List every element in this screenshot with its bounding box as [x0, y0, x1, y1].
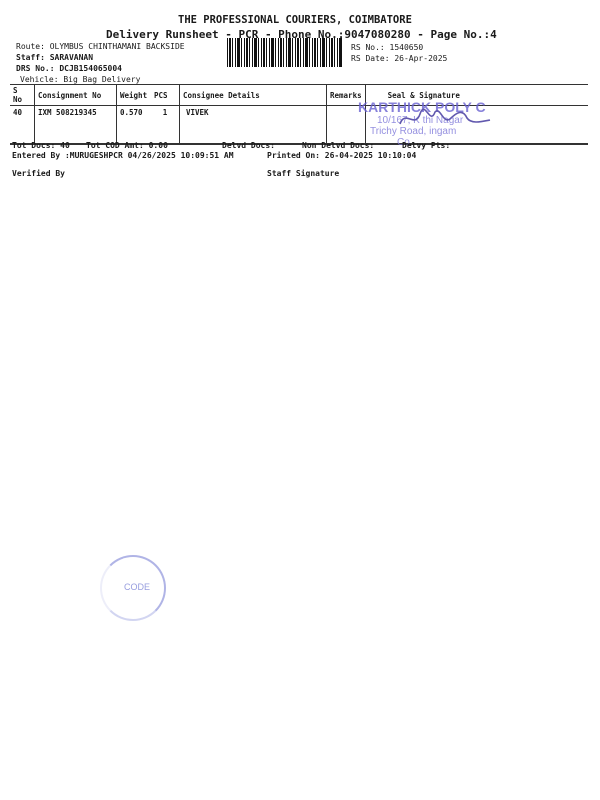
printed-on: Printed On: 26-04-2025 10:10:04	[267, 151, 416, 160]
delvd-docs: Delvd Docs:	[222, 141, 275, 150]
staff-signature: Staff Signature	[267, 169, 339, 178]
tot-cod-amt: Tot COD Amt: 0.00	[86, 141, 168, 150]
round-stamp: CODE	[100, 555, 166, 621]
round-stamp-text: CODE	[124, 582, 150, 592]
tot-docs: Tot Docs: 40	[12, 141, 70, 150]
cell-consignment-no: IXM 508219345	[35, 106, 117, 145]
verified-by: Verified By	[12, 169, 65, 178]
col-consignment-no: Consignment No	[35, 85, 117, 106]
col-weight: Weight	[117, 85, 152, 106]
col-consignee: Consignee Details	[180, 85, 327, 106]
vehicle: Vehicle: Big Bag Delivery	[20, 75, 140, 84]
barcode	[227, 38, 342, 67]
delvy-pts: Delvy Pts:	[402, 141, 450, 150]
signature-scribble	[395, 104, 505, 132]
company-title: THE PROFESSIONAL COURIERS, COIMBATORE	[178, 14, 412, 26]
cell-weight: 0.570	[117, 106, 152, 145]
rs-date: RS Date: 26-Apr-2025	[351, 54, 447, 63]
col-pcs: PCS	[151, 85, 180, 106]
staff: Staff: SARAVANAN	[16, 53, 93, 62]
drs-no: DRS No.: DCJB154065004	[16, 64, 122, 73]
entered-by: Entered By :MURUGESHPCR 04/26/2025 10:09…	[12, 151, 234, 160]
non-delvd-docs: Non Delvd Docs:	[302, 141, 374, 150]
col-s-no: S No	[10, 85, 35, 106]
cell-pcs: 1	[151, 106, 180, 145]
cell-consignee: VIVEK	[180, 106, 327, 145]
cell-s-no: 40	[10, 106, 35, 145]
rs-no: RS No.: 1540650	[351, 43, 423, 52]
route: Route: OLYMBUS CHINTHAMANI BACKSIDE	[16, 42, 185, 51]
